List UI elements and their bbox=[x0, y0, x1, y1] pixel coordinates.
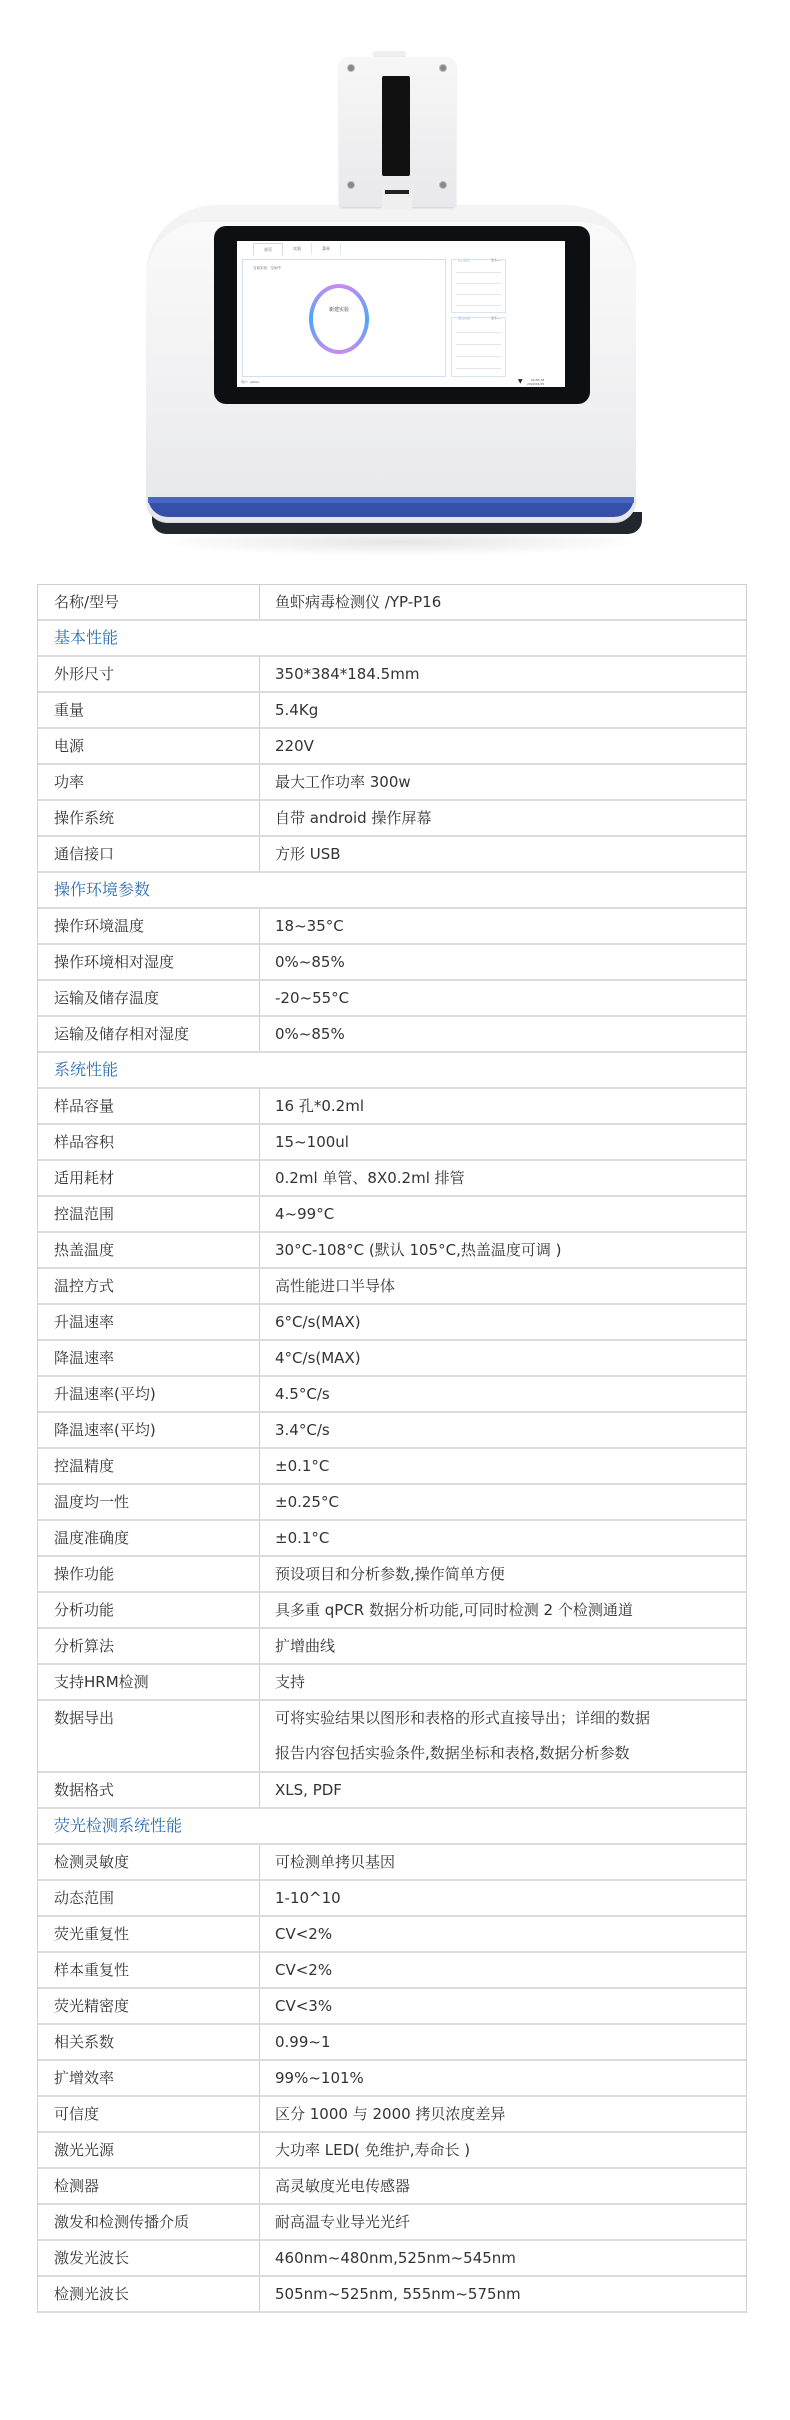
spec-value: CV<3% bbox=[260, 1989, 746, 2023]
spec-key: 激发光波长 bbox=[38, 2241, 260, 2275]
table-row: 温控方式高性能进口半导体 bbox=[38, 1269, 746, 1305]
section-system-performance: 系统性能 bbox=[38, 1053, 746, 1089]
spec-key: 检测器 bbox=[38, 2169, 260, 2203]
device-touchscreen: 首页 实验 菜单 当前实验：空闲中 新建实验 运行信息 更多>> 最近实验 更多… bbox=[237, 241, 565, 387]
spec-value: 0%~85% bbox=[260, 945, 746, 979]
section-basic-performance: 基本性能 bbox=[38, 621, 746, 657]
spec-key: 支持HRM检测 bbox=[38, 1665, 260, 1699]
spec-key: 降温速率 bbox=[38, 1341, 260, 1375]
spec-key: 可信度 bbox=[38, 2097, 260, 2131]
screen-date: 2024/04/15 bbox=[527, 382, 544, 386]
spec-key: 降温速率(平均) bbox=[38, 1413, 260, 1447]
spec-key: 适用耗材 bbox=[38, 1161, 260, 1195]
screen-tab-menu: 菜单 bbox=[312, 243, 341, 255]
spec-key: 名称/型号 bbox=[38, 585, 260, 619]
spec-value: 460nm~480nm,525nm~545nm bbox=[260, 2241, 746, 2275]
screen-tab-experiment: 实验 bbox=[283, 243, 312, 255]
spec-value-line: 可将实验结果以图形和表格的形式直接导出；详细的数据 bbox=[275, 1701, 746, 1736]
divider bbox=[456, 272, 501, 273]
spec-value: 预设项目和分析参数,操作简单方便 bbox=[260, 1557, 746, 1591]
table-row: 降温速率4°C/s(MAX) bbox=[38, 1341, 746, 1377]
spec-value: 18~35°C bbox=[260, 909, 746, 943]
table-row: 电源220V bbox=[38, 729, 746, 765]
table-row: 相关系数0.99~1 bbox=[38, 2025, 746, 2061]
table-row: 适用耗材0.2ml 单管、8X0.2ml 排管 bbox=[38, 1161, 746, 1197]
divider bbox=[456, 368, 501, 369]
screw-icon bbox=[347, 64, 355, 72]
spec-key: 激发和检测传播介质 bbox=[38, 2205, 260, 2239]
spec-value: 3.4°C/s bbox=[260, 1413, 746, 1447]
spec-key: 样品容积 bbox=[38, 1125, 260, 1159]
spec-value: 耐高温专业导光光纤 bbox=[260, 2205, 746, 2239]
table-row: 重量5.4Kg bbox=[38, 693, 746, 729]
divider bbox=[456, 283, 501, 284]
spec-key: 样本重复性 bbox=[38, 1953, 260, 1987]
screen-main-panel: 当前实验：空闲中 新建实验 bbox=[242, 259, 446, 377]
spec-key: 荧光精密度 bbox=[38, 1989, 260, 2023]
screen-clock: 09:56:18 2024/04/15 bbox=[527, 378, 544, 386]
spec-value: 1-10^10 bbox=[260, 1881, 746, 1915]
table-row: 降温速率(平均)3.4°C/s bbox=[38, 1413, 746, 1449]
spec-key: 温度均一性 bbox=[38, 1485, 260, 1519]
screw-icon bbox=[439, 181, 447, 189]
spec-value: 扩增曲线 bbox=[260, 1629, 746, 1663]
spec-value: 支持 bbox=[260, 1665, 746, 1699]
spec-key: 样品容量 bbox=[38, 1089, 260, 1123]
spec-key: 操作功能 bbox=[38, 1557, 260, 1591]
panel-header: 运行信息 bbox=[458, 258, 470, 262]
table-row: 外形尺寸350*384*184.5mm bbox=[38, 657, 746, 693]
table-row: 动态范围1-10^10 bbox=[38, 1881, 746, 1917]
spec-value: ±0.1°C bbox=[260, 1521, 746, 1555]
table-row: 荧光精密度CV<3% bbox=[38, 1989, 746, 2025]
spec-key: 温度准确度 bbox=[38, 1521, 260, 1555]
table-row: 激光光源大功率 LED( 免维护,寿命长 ) bbox=[38, 2133, 746, 2169]
spec-key: 激光光源 bbox=[38, 2133, 260, 2167]
spec-value: 区分 1000 与 2000 拷贝浓度差异 bbox=[260, 2097, 746, 2131]
spec-value: 505nm~525nm, 555nm~575nm bbox=[260, 2277, 746, 2311]
spec-key: 相关系数 bbox=[38, 2025, 260, 2059]
section-title: 基本性能 bbox=[38, 621, 118, 655]
spec-value: 可将实验结果以图形和表格的形式直接导出；详细的数据 报告内容包括实验条件,数据坐… bbox=[260, 1701, 746, 1771]
spec-value: 最大工作功率 300w bbox=[260, 765, 746, 799]
screen-status-bar: 用户：admin ▼ 09:56:18 2024/04/15 bbox=[237, 377, 565, 387]
spec-value: CV<2% bbox=[260, 1917, 746, 1951]
table-row: 操作功能预设项目和分析参数,操作简单方便 bbox=[38, 1557, 746, 1593]
spec-key: 运输及储存相对湿度 bbox=[38, 1017, 260, 1051]
spec-table: 名称/型号 鱼虾病毒检测仪 /YP-P16 基本性能 外形尺寸350*384*1… bbox=[37, 584, 747, 2313]
spec-key: 扩增效率 bbox=[38, 2061, 260, 2095]
spec-key: 检测光波长 bbox=[38, 2277, 260, 2311]
table-row: 运输及储存温度-20~55°C bbox=[38, 981, 746, 1017]
table-row: 激发和检测传播介质耐高温专业导光光纤 bbox=[38, 2205, 746, 2241]
table-row: 荧光重复性CV<2% bbox=[38, 1917, 746, 1953]
new-experiment-ring: 新建实验 bbox=[309, 284, 369, 354]
table-row: 样品容量16 孔*0.2ml bbox=[38, 1089, 746, 1125]
table-row-model: 名称/型号 鱼虾病毒检测仪 /YP-P16 bbox=[38, 585, 746, 621]
spec-value: 0.2ml 单管、8X0.2ml 排管 bbox=[260, 1161, 746, 1195]
table-row: 升温速率6°C/s(MAX) bbox=[38, 1305, 746, 1341]
table-row: 升温速率(平均)4.5°C/s bbox=[38, 1377, 746, 1413]
screen-status-label: 当前实验：空闲中 bbox=[253, 266, 281, 271]
section-operating-environment: 操作环境参数 bbox=[38, 873, 746, 909]
spec-key: 热盖温度 bbox=[38, 1233, 260, 1267]
table-row: 温度准确度±0.1°C bbox=[38, 1521, 746, 1557]
table-row: 操作系统自带 android 操作屏幕 bbox=[38, 801, 746, 837]
table-row: 支持HRM检测支持 bbox=[38, 1665, 746, 1701]
spec-key: 控温精度 bbox=[38, 1449, 260, 1483]
spec-value: 高性能进口半导体 bbox=[260, 1269, 746, 1303]
screw-icon bbox=[347, 181, 355, 189]
table-row: 分析功能具多重 qPCR 数据分析功能,可同时检测 2 个检测通道 bbox=[38, 1593, 746, 1629]
spec-value: 方形 USB bbox=[260, 837, 746, 871]
table-row: 控温精度±0.1°C bbox=[38, 1449, 746, 1485]
spec-key: 功率 bbox=[38, 765, 260, 799]
table-row: 通信接口方形 USB bbox=[38, 837, 746, 873]
spec-value: 5.4Kg bbox=[260, 693, 746, 727]
spec-value: 4°C/s(MAX) bbox=[260, 1341, 746, 1375]
table-row: 数据导出 可将实验结果以图形和表格的形式直接导出；详细的数据 报告内容包括实验条… bbox=[38, 1701, 746, 1773]
table-row: 操作环境相对湿度0%~85% bbox=[38, 945, 746, 981]
spec-key: 操作环境温度 bbox=[38, 909, 260, 943]
spec-key: 操作环境相对湿度 bbox=[38, 945, 260, 979]
spec-value: XLS, PDF bbox=[260, 1773, 746, 1807]
spec-value: 大功率 LED( 免维护,寿命长 ) bbox=[260, 2133, 746, 2167]
spec-key: 动态范围 bbox=[38, 1881, 260, 1915]
table-row: 数据格式XLS, PDF bbox=[38, 1773, 746, 1809]
spec-key: 电源 bbox=[38, 729, 260, 763]
section-fluorescence-detection: 荧光检测系统性能 bbox=[38, 1809, 746, 1845]
section-title: 系统性能 bbox=[38, 1053, 118, 1087]
spec-key: 控温范围 bbox=[38, 1197, 260, 1231]
screen-recent-panel: 最近实验 更多>> bbox=[451, 317, 506, 377]
spec-value: 350*384*184.5mm bbox=[260, 657, 746, 691]
divider bbox=[456, 356, 501, 357]
spec-key: 操作系统 bbox=[38, 801, 260, 835]
section-title: 荧光检测系统性能 bbox=[38, 1809, 182, 1843]
spec-value: 可检测单拷贝基因 bbox=[260, 1845, 746, 1879]
table-row: 检测灵敏度可检测单拷贝基因 bbox=[38, 1845, 746, 1881]
screen-run-info-panel: 运行信息 更多>> bbox=[451, 259, 506, 313]
table-row: 样本重复性CV<2% bbox=[38, 1953, 746, 1989]
panel-header: 最近实验 bbox=[458, 316, 470, 320]
table-row: 控温范围4~99°C bbox=[38, 1197, 746, 1233]
divider bbox=[456, 294, 501, 295]
spec-key: 通信接口 bbox=[38, 837, 260, 871]
screen-user: 用户：admin bbox=[241, 380, 259, 384]
lid-hinge bbox=[382, 190, 412, 210]
table-row: 样品容积15~100ul bbox=[38, 1125, 746, 1161]
spec-value: 高灵敏度光电传感器 bbox=[260, 2169, 746, 2203]
spec-key: 温控方式 bbox=[38, 1269, 260, 1303]
spec-key: 检测灵敏度 bbox=[38, 1845, 260, 1879]
table-row: 检测器高灵敏度光电传感器 bbox=[38, 2169, 746, 2205]
spec-value: 220V bbox=[260, 729, 746, 763]
spec-value: ±0.25°C bbox=[260, 1485, 746, 1519]
table-row: 分析算法扩增曲线 bbox=[38, 1629, 746, 1665]
lid-window bbox=[382, 76, 410, 176]
spec-key: 分析算法 bbox=[38, 1629, 260, 1663]
spec-value: 16 孔*0.2ml bbox=[260, 1089, 746, 1123]
spec-value: 0.99~1 bbox=[260, 2025, 746, 2059]
screw-icon bbox=[439, 64, 447, 72]
table-row: 热盖温度30°C-108°C (默认 105°C,热盖温度可调 ) bbox=[38, 1233, 746, 1269]
spec-key: 重量 bbox=[38, 693, 260, 727]
spec-value: 0%~85% bbox=[260, 1017, 746, 1051]
screen-tab-home: 首页 bbox=[253, 243, 283, 255]
product-photo: 首页 实验 菜单 当前实验：空闲中 新建实验 运行信息 更多>> 最近实验 更多… bbox=[0, 0, 790, 575]
spec-value: CV<2% bbox=[260, 1953, 746, 1987]
spec-key: 运输及储存温度 bbox=[38, 981, 260, 1015]
device-blue-band bbox=[148, 497, 634, 517]
spec-value: ±0.1°C bbox=[260, 1449, 746, 1483]
divider bbox=[456, 332, 501, 333]
divider bbox=[456, 344, 501, 345]
spec-key: 升温速率 bbox=[38, 1305, 260, 1339]
table-row: 功率最大工作功率 300w bbox=[38, 765, 746, 801]
table-row: 扩增效率99%~101% bbox=[38, 2061, 746, 2097]
spec-value: 4~99°C bbox=[260, 1197, 746, 1231]
spec-key: 外形尺寸 bbox=[38, 657, 260, 691]
table-row: 运输及储存相对湿度0%~85% bbox=[38, 1017, 746, 1053]
screen-tab-bar: 首页 实验 菜单 bbox=[253, 243, 341, 255]
spec-value: 6°C/s(MAX) bbox=[260, 1305, 746, 1339]
section-title: 操作环境参数 bbox=[38, 873, 150, 907]
panel-more: 更多>> bbox=[491, 316, 502, 320]
table-row: 激发光波长460nm~480nm,525nm~545nm bbox=[38, 2241, 746, 2277]
spec-value: 15~100ul bbox=[260, 1125, 746, 1159]
table-row: 可信度区分 1000 与 2000 拷贝浓度差异 bbox=[38, 2097, 746, 2133]
spec-key: 荧光重复性 bbox=[38, 1917, 260, 1951]
spec-value: 鱼虾病毒检测仪 /YP-P16 bbox=[260, 585, 746, 619]
spec-value: 自带 android 操作屏幕 bbox=[260, 801, 746, 835]
spec-value: 30°C-108°C (默认 105°C,热盖温度可调 ) bbox=[260, 1233, 746, 1267]
spec-value: 4.5°C/s bbox=[260, 1377, 746, 1411]
table-row: 温度均一性±0.25°C bbox=[38, 1485, 746, 1521]
wifi-icon: ▼ bbox=[518, 378, 523, 385]
divider bbox=[456, 305, 501, 306]
panel-more: 更多>> bbox=[491, 258, 502, 262]
spec-value: -20~55°C bbox=[260, 981, 746, 1015]
spec-key: 分析功能 bbox=[38, 1593, 260, 1627]
table-row: 操作环境温度18~35°C bbox=[38, 909, 746, 945]
spec-value: 具多重 qPCR 数据分析功能,可同时检测 2 个检测通道 bbox=[260, 1593, 746, 1627]
new-experiment-label: 新建实验 bbox=[313, 306, 365, 313]
spec-value: 99%~101% bbox=[260, 2061, 746, 2095]
spec-value-line: 报告内容包括实验条件,数据坐标和表格,数据分析参数 bbox=[275, 1736, 746, 1771]
spec-key: 升温速率(平均) bbox=[38, 1377, 260, 1411]
spec-key: 数据格式 bbox=[38, 1773, 260, 1807]
table-row: 检测光波长505nm~525nm, 555nm~575nm bbox=[38, 2277, 746, 2313]
spec-key: 数据导出 bbox=[38, 1701, 260, 1771]
